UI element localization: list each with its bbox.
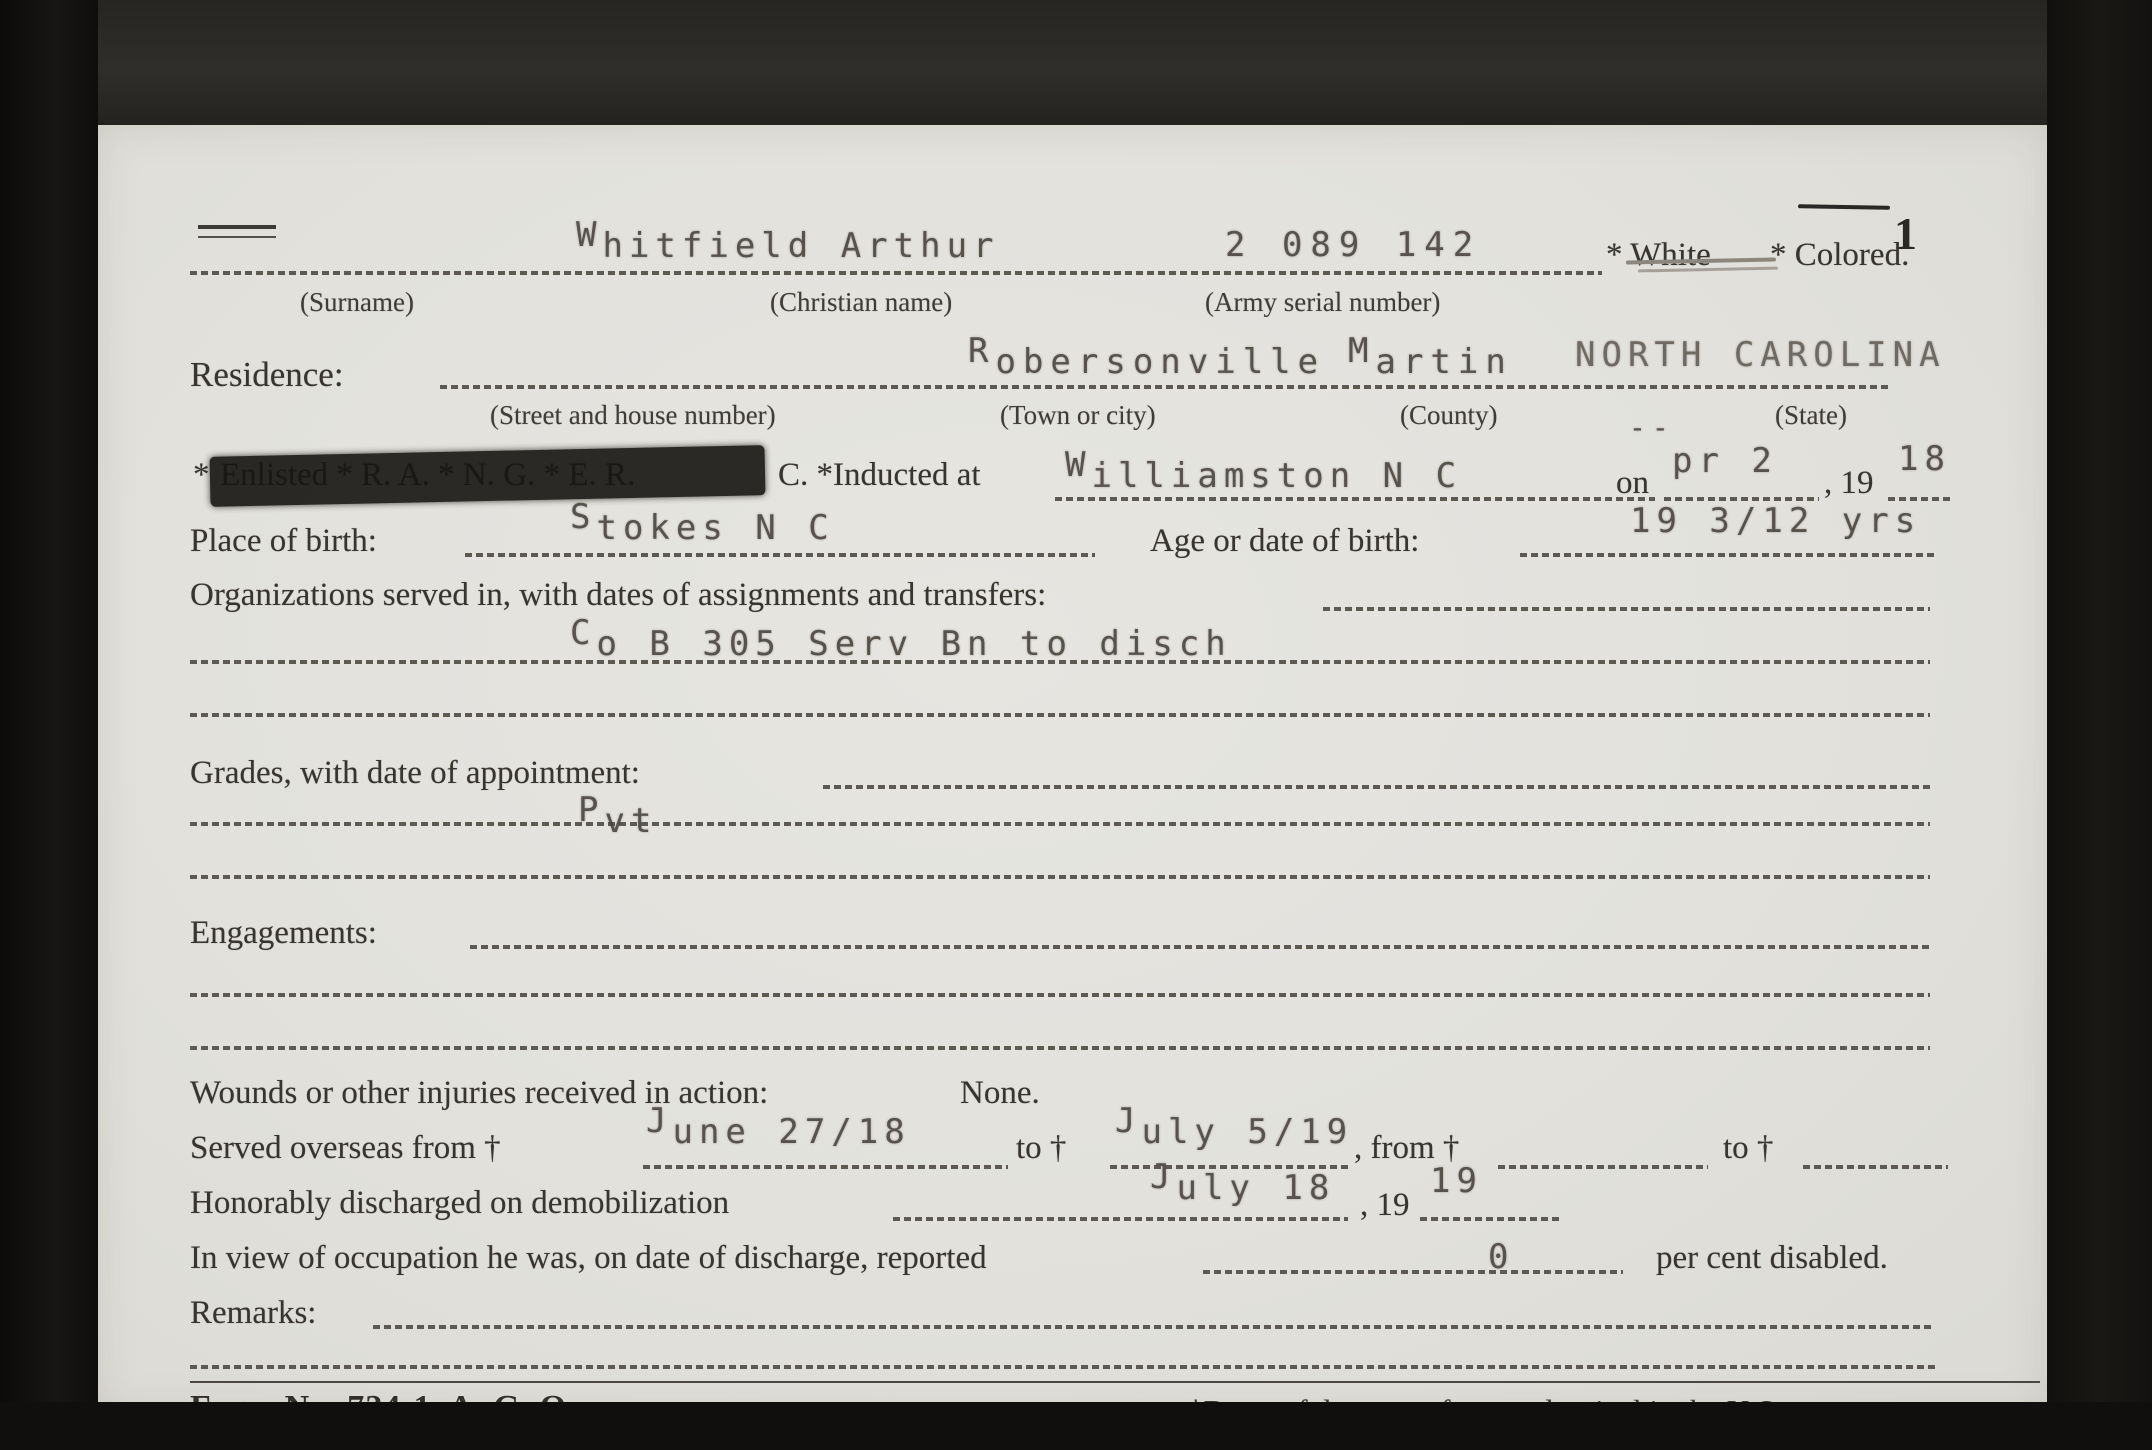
dotted-line xyxy=(1498,1165,1708,1169)
typed-serial-value: 2 089 142 xyxy=(1225,225,1481,265)
birth-place-value: Stokes N C xyxy=(570,497,835,548)
induction-date-value: pr 2 xyxy=(1672,441,1778,481)
discharge-year-value: 19 xyxy=(1430,1161,1483,1201)
microfilm-scan: 1 Whitfield Arthur 2 089 142 * White * C… xyxy=(0,0,2152,1450)
solid-divider-line xyxy=(190,1381,2040,1383)
surname-label: (Surname) xyxy=(300,287,414,318)
dotted-line xyxy=(893,1217,1348,1221)
film-border-top xyxy=(98,0,2152,125)
dotted-line xyxy=(643,1165,1008,1169)
overseas-to-label-2: to † xyxy=(1723,1130,1773,1167)
disability-label: In view of occupation he was, on date of… xyxy=(190,1240,987,1277)
wounds-value: None. xyxy=(960,1075,1040,1112)
town-label: (Town or city) xyxy=(1000,400,1156,431)
dotted-line xyxy=(1055,497,1655,501)
residence-county-value: Martin xyxy=(1348,331,1513,382)
grades-label: Grades, with date of appointment: xyxy=(190,755,640,792)
dotted-line xyxy=(190,993,1930,997)
discharge-label: Honorably discharged on demobilization xyxy=(190,1185,729,1222)
organizations-value: Co B 305 Serv Bn to disch xyxy=(570,613,1232,664)
year-19-prefix: , 19 xyxy=(1824,465,1874,502)
percent-disabled-label: per cent disabled. xyxy=(1656,1240,1888,1277)
age-value: 19 3/12 yrs xyxy=(1630,501,1921,541)
inducted-at-label: C. *Inducted at xyxy=(778,457,981,494)
stray-typed-dashes: -- xyxy=(1629,411,1675,444)
dotted-line xyxy=(465,553,1095,557)
overseas-date1-value: June 27/18 xyxy=(646,1101,911,1152)
induction-place-value: Williamston N C xyxy=(1065,445,1462,496)
film-border-right xyxy=(2047,0,2152,1450)
residence-label: Residence: xyxy=(190,355,344,395)
dotted-line xyxy=(823,785,1930,789)
age-label: Age or date of birth: xyxy=(1150,523,1419,560)
residence-town-value: Robersonville xyxy=(968,331,1325,382)
discharge-year-prefix: , 19 xyxy=(1360,1187,1410,1224)
dotted-line xyxy=(1203,1270,1623,1274)
stray-dash-mark xyxy=(198,225,276,238)
dotted-line xyxy=(1803,1165,1948,1169)
dotted-line xyxy=(190,822,1930,826)
discharge-date-value: July 18 xyxy=(1150,1157,1335,1208)
disability-percent-value: 0 xyxy=(1488,1237,1514,1277)
residence-state-value: NORTH CAROLINA xyxy=(1575,335,1946,375)
dotted-line xyxy=(190,1046,1930,1050)
dotted-line xyxy=(1323,607,1930,611)
engagements-label: Engagements: xyxy=(190,915,377,952)
dotted-line xyxy=(1520,553,1935,557)
film-border-left xyxy=(0,0,98,1450)
dotted-line xyxy=(190,875,1930,879)
state-label: (State) xyxy=(1775,400,1847,431)
christian-name-label: (Christian name) xyxy=(770,287,952,318)
service-record-card: 1 Whitfield Arthur 2 089 142 * White * C… xyxy=(98,125,2047,1412)
remarks-label: Remarks: xyxy=(190,1295,316,1332)
induction-year-value: 18 xyxy=(1898,439,1951,479)
overseas-from-label: Served overseas from † xyxy=(190,1130,501,1167)
overseas-to-label-1: to † xyxy=(1016,1130,1066,1167)
on-label: on xyxy=(1616,465,1649,502)
dotted-line xyxy=(190,1365,1935,1369)
dotted-line xyxy=(373,1325,1933,1329)
film-border-bottom xyxy=(0,1402,2152,1450)
race-option-colored: * Colored. xyxy=(1770,237,1909,274)
page-number-overline xyxy=(1798,204,1890,210)
organizations-label: Organizations served in, with dates of a… xyxy=(190,577,1046,614)
dotted-line xyxy=(190,271,1602,275)
dotted-line xyxy=(1420,1217,1560,1221)
dotted-line xyxy=(190,713,1930,717)
overseas-date2-value: July 5/19 xyxy=(1115,1101,1353,1152)
serial-number-label: (Army serial number) xyxy=(1205,287,1440,318)
grade-value: Pvt xyxy=(578,790,657,841)
county-label: (County) xyxy=(1400,400,1498,431)
street-label: (Street and house number) xyxy=(490,400,776,431)
dotted-line xyxy=(470,945,1930,949)
dotted-line xyxy=(190,660,1930,664)
typed-name-value: Whitfield Arthur xyxy=(576,215,1000,266)
dotted-line xyxy=(440,385,1890,389)
induction-asterisk: * xyxy=(193,457,210,494)
place-of-birth-label: Place of birth: xyxy=(190,523,377,560)
